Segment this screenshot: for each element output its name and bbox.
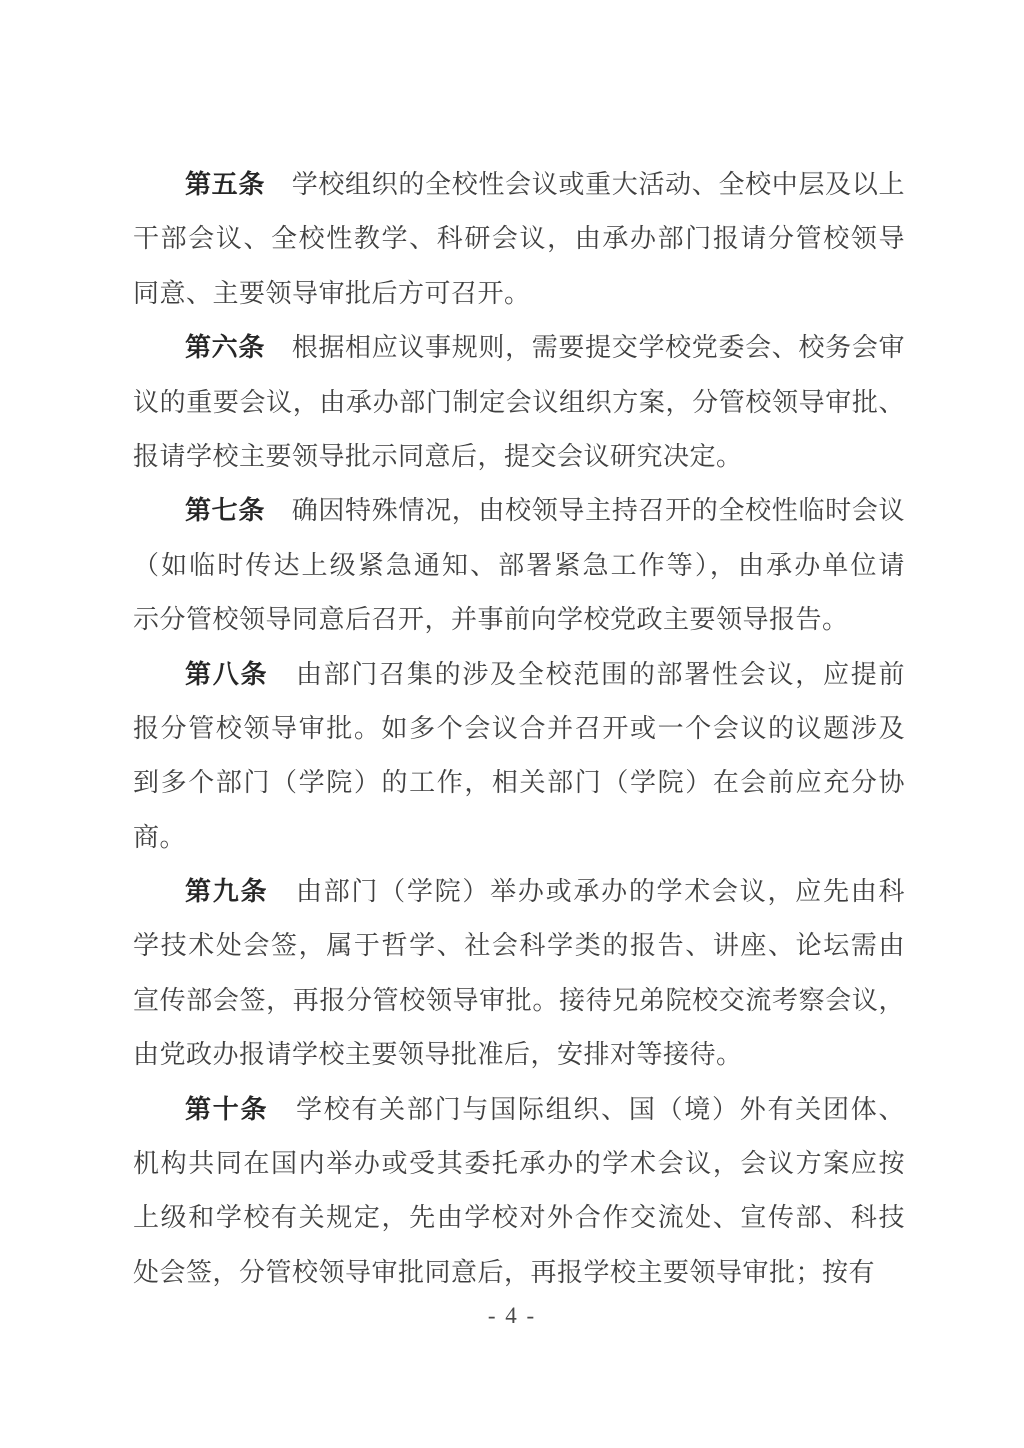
text-line: 议的重要会议，由承办部门制定会议组织方案，分管校领导审批、 xyxy=(133,376,905,430)
text-line: 机构共同在国内举办或受其委托承办的学术会议，会议方案应按 xyxy=(133,1137,905,1191)
text-line: 干部会议、全校性教学、科研会议，由承办部门报请分管校领导 xyxy=(133,212,905,266)
document-body: 第五条 学校组织的全校性会议或重大活动、全校中层及以上干部会议、全校性教学、科研… xyxy=(133,158,905,1300)
text-line: 第九条 由部门（学院）举办或承办的学术会议，应先由科 xyxy=(133,865,905,919)
article-number: 第十条 xyxy=(185,1095,268,1124)
text-line: 上级和学校有关规定，先由学校对外合作交流处、宣传部、科技 xyxy=(133,1191,905,1245)
text-line: 宣传部会签，再报分管校领导审批。接待兄弟院校交流考察会议， xyxy=(133,974,905,1028)
text-line: 第六条 根据相应议事规则，需要提交学校党委会、校务会审 xyxy=(133,321,905,375)
text-line: 报请学校主要领导批示同意后，提交会议研究决定。 xyxy=(133,430,905,484)
text-line: 第十条 学校有关部门与国际组织、国（境）外有关团体、 xyxy=(133,1083,905,1137)
text-line: 学技术处会签，属于哲学、社会科学类的报告、讲座、论坛需由 xyxy=(133,919,905,973)
text-line: 同意、主要领导审批后方可召开。 xyxy=(133,267,905,321)
text-line: 第七条 确因特殊情况，由校领导主持召开的全校性临时会议 xyxy=(133,484,905,538)
text-line: 商。 xyxy=(133,811,905,865)
text-line: 处会签，分管校领导审批同意后，再报学校主要领导审批；按有 xyxy=(133,1246,905,1300)
text-line: 报分管校领导审批。如多个会议合并召开或一个会议的议题涉及 xyxy=(133,702,905,756)
article-number: 第八条 xyxy=(185,660,268,689)
text-line: 到多个部门（学院）的工作，相关部门（学院）在会前应充分协 xyxy=(133,756,905,810)
text-line: 由党政办报请学校主要领导批准后，安排对等接待。 xyxy=(133,1028,905,1082)
page-number: - 4 - xyxy=(488,1303,536,1328)
article-number: 第九条 xyxy=(185,877,268,906)
page-footer: - 4 - xyxy=(0,1303,1024,1329)
text-line: （如临时传达上级紧急通知、部署紧急工作等），由承办单位请 xyxy=(133,539,905,593)
text-line: 示分管校领导同意后召开，并事前向学校党政主要领导报告。 xyxy=(133,593,905,647)
article-number: 第六条 xyxy=(185,333,265,362)
article-number: 第七条 xyxy=(185,496,265,525)
document-page: 第五条 学校组织的全校性会议或重大活动、全校中层及以上干部会议、全校性教学、科研… xyxy=(0,0,1024,1448)
article-number: 第五条 xyxy=(185,170,265,199)
text-line: 第五条 学校组织的全校性会议或重大活动、全校中层及以上 xyxy=(133,158,905,212)
text-line: 第八条 由部门召集的涉及全校范围的部署性会议，应提前 xyxy=(133,648,905,702)
